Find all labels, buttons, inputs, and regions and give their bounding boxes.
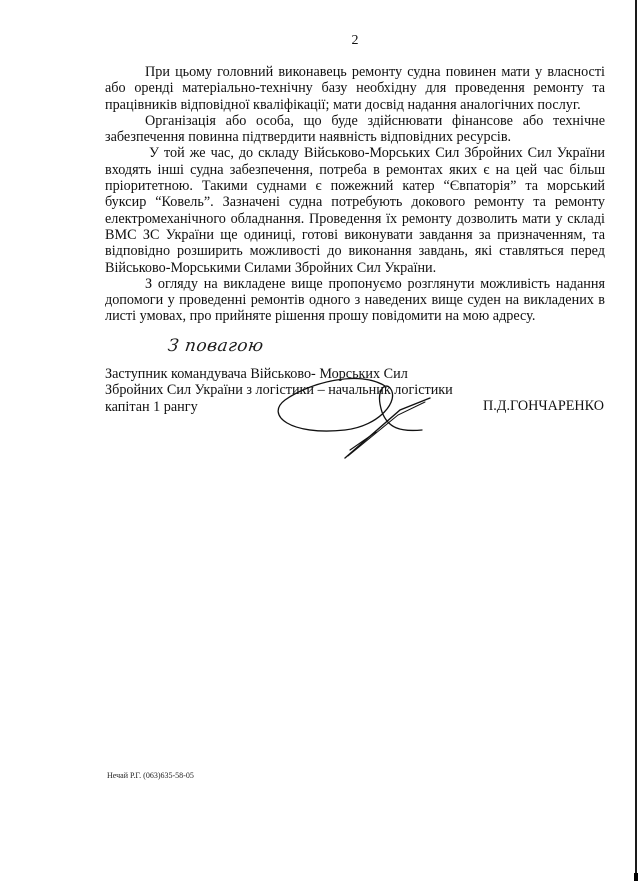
paragraph-resources: Організація або особа, що буде здійснюва… (105, 113, 605, 146)
page-number: 2 (0, 33, 640, 49)
page-scan-edge-foot (634, 873, 638, 881)
paragraph-request: З огляду на викладене вище пропонуємо ро… (105, 276, 605, 325)
signatory-title-line-2: Збройних Сил України з логістики – начал… (105, 382, 453, 398)
executor-contact: Нечай Р.Г. (063)635-58-05 (107, 771, 194, 780)
signatory-rank: капітан 1 рангу (105, 399, 453, 415)
closing-salutation: З повагою (167, 336, 265, 356)
letter-body: При цьому головний виконавець ремонту су… (105, 64, 605, 325)
signatory-name: П.Д.ГОНЧАРЕНКО (483, 398, 604, 415)
paragraph-contractor-requirements: При цьому головний виконавець ремонту су… (105, 64, 605, 113)
page-scan-edge (635, 0, 637, 881)
paragraph-other-vessels: У той же час, до складу Військово-Морськ… (105, 145, 605, 275)
signatory-title-line-1: Заступник командувача Військово- Морськи… (105, 366, 453, 382)
signatory-title-block: Заступник командувача Військово- Морськи… (105, 366, 453, 415)
